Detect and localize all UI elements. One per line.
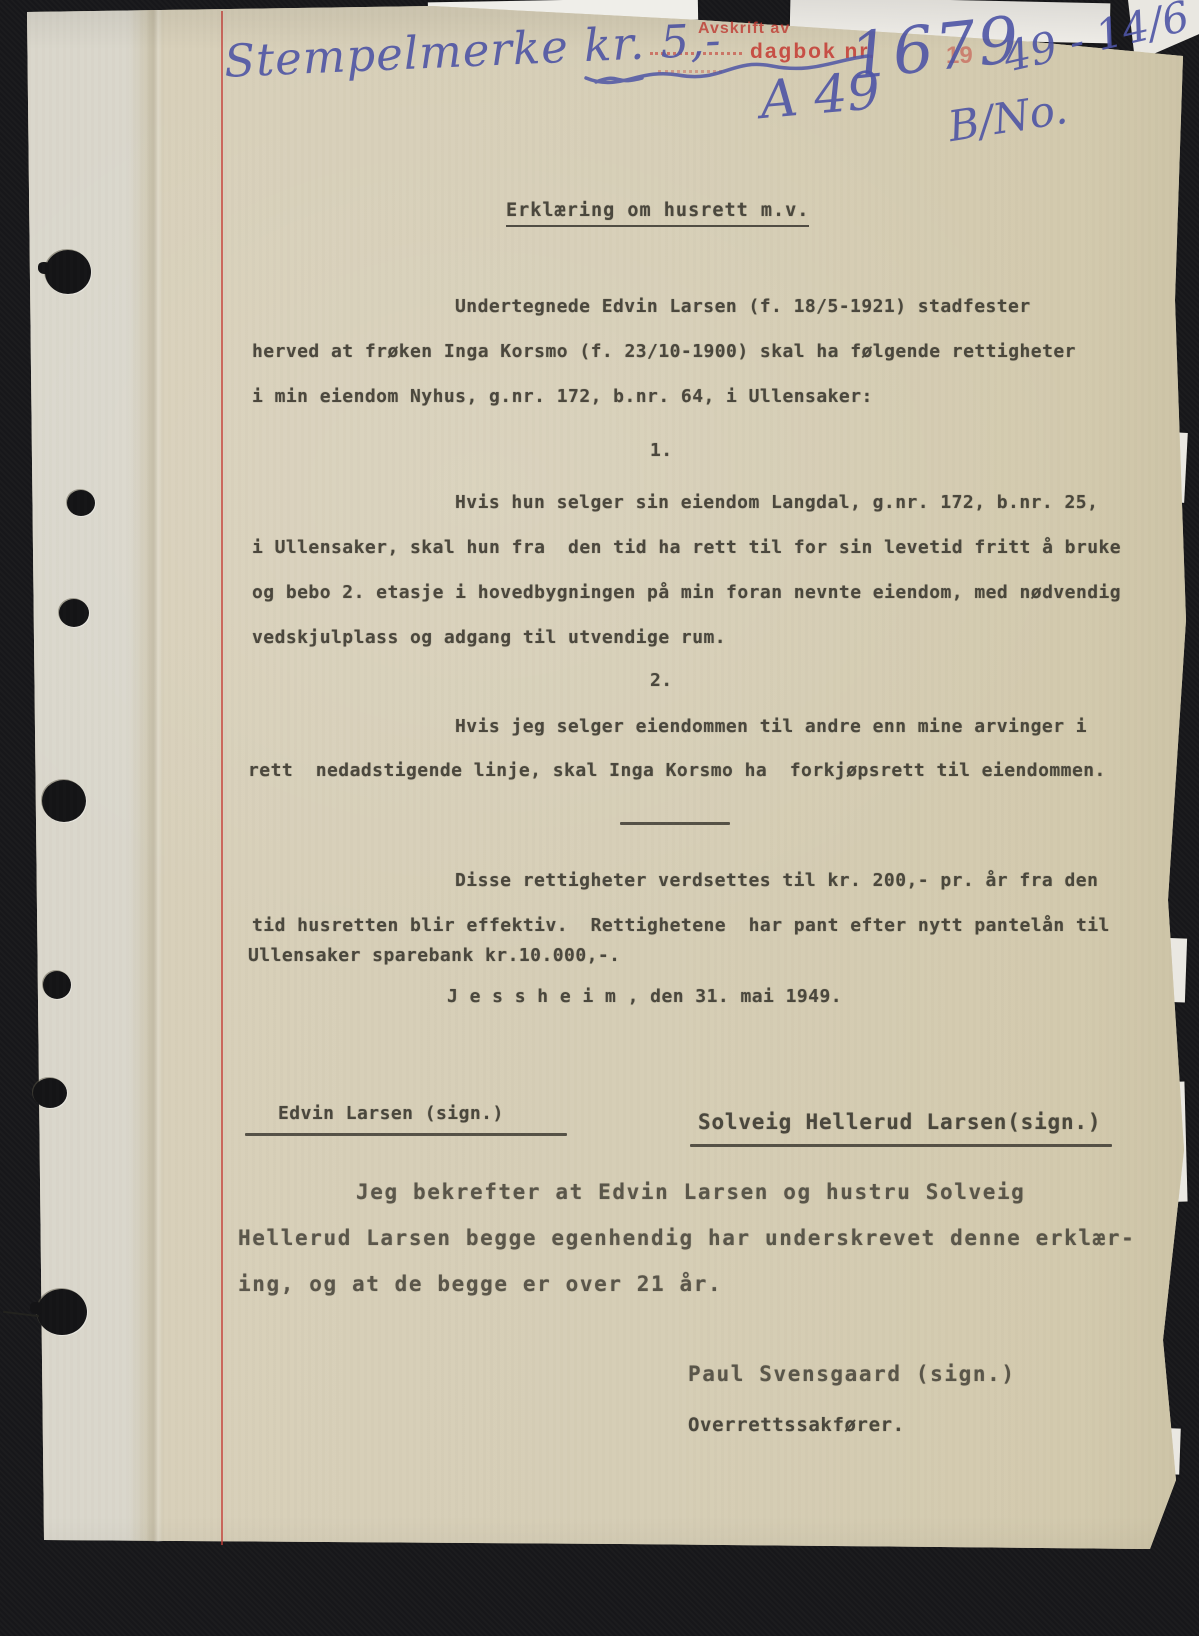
document-page bbox=[0, 0, 1199, 1636]
typed-line: herved at frøken Inga Korsmo (f. 23/10-1… bbox=[252, 341, 1076, 362]
typed-line: tid husretten blir effektiv. Rettigheten… bbox=[252, 915, 1110, 936]
typed-line: vedskjulplass og adgang til utvendige ru… bbox=[252, 627, 726, 648]
punch-hole bbox=[37, 1289, 87, 1335]
punch-hole bbox=[33, 1078, 67, 1108]
typed-line: rett nedadstigende linje, skal Inga Kors… bbox=[248, 760, 1106, 781]
ink-rule bbox=[620, 822, 730, 825]
typed-line: Solveig Hellerud Larsen(sign.) bbox=[698, 1110, 1101, 1134]
ink-rule bbox=[690, 1144, 1112, 1147]
typed-line: Undertegnede Edvin Larsen (f. 18/5-1921)… bbox=[455, 296, 1031, 317]
typed-line: ing, og at de begge er over 21 år. bbox=[238, 1272, 722, 1296]
typed-line: Erklæring om husrett m.v. bbox=[506, 200, 809, 227]
punch-hole bbox=[42, 780, 86, 822]
paper-crease bbox=[147, 10, 163, 1542]
punch-hole bbox=[45, 250, 91, 294]
typed-line: Hvis hun selger sin eiendom Langdal, g.n… bbox=[455, 492, 1098, 513]
typed-line: 2. bbox=[650, 670, 673, 691]
typed-line: J e s s h e i m , den 31. mai 1949. bbox=[447, 986, 842, 1007]
punch-hole bbox=[59, 599, 89, 627]
typed-line: Jeg bekrefter at Edvin Larsen og hustru … bbox=[356, 1180, 1025, 1204]
handwritten-case-ref: A 49 bbox=[758, 61, 883, 131]
typed-line: Overrettssakfører. bbox=[688, 1414, 905, 1436]
typed-line: og bebo 2. etasje i hovedbygningen på mi… bbox=[252, 582, 1121, 603]
punch-hole bbox=[43, 971, 71, 999]
typed-line: Hellerud Larsen begge egenhendig har und… bbox=[238, 1226, 1135, 1250]
typed-line: 1. bbox=[650, 440, 673, 461]
typed-line: Hvis jeg selger eiendommen til andre enn… bbox=[455, 716, 1087, 737]
red-margin-line bbox=[221, 11, 223, 1545]
punch-hole bbox=[67, 490, 95, 516]
typed-line: i Ullensaker, skal hun fra den tid ha re… bbox=[252, 537, 1121, 558]
typed-line: i min eiendom Nyhus, g.nr. 172, b.nr. 64… bbox=[252, 386, 873, 407]
typed-line: Edvin Larsen (sign.) bbox=[278, 1103, 504, 1124]
typed-line: Disse rettigheter verdsettes til kr. 200… bbox=[455, 870, 1098, 891]
typed-line: Paul Svensgaard (sign.) bbox=[688, 1362, 1016, 1386]
typed-line: Ullensaker sparebank kr.10.000,-. bbox=[248, 945, 620, 966]
ink-rule bbox=[245, 1133, 567, 1136]
